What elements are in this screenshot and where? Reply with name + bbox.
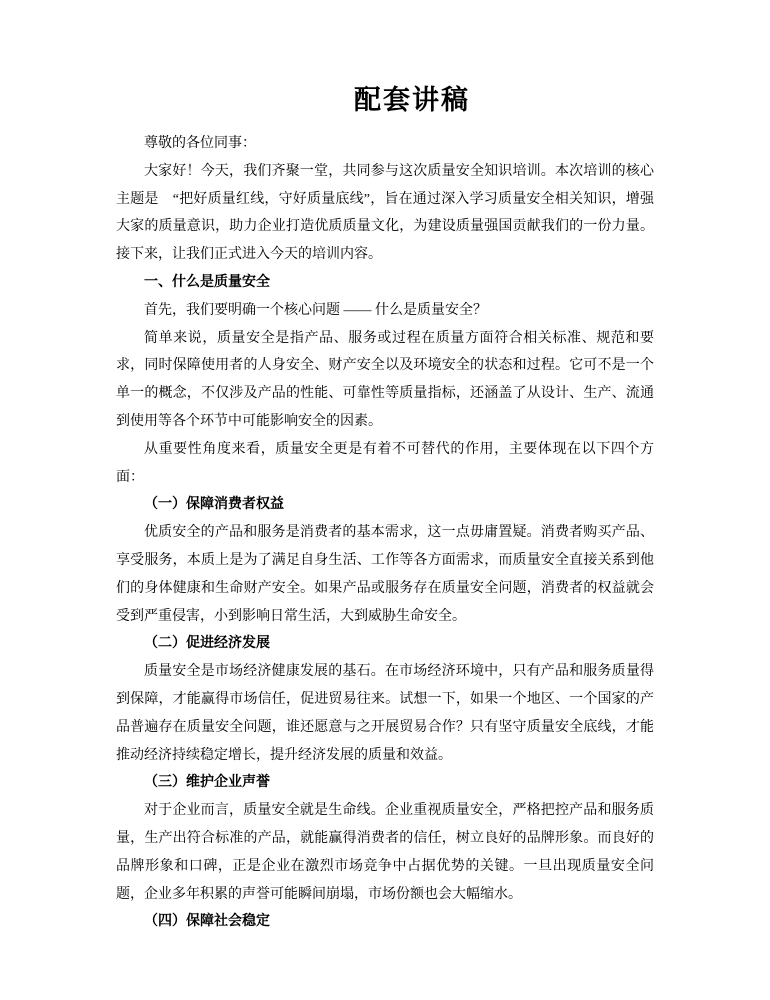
section-heading: 一、什么是质量安全 — [116, 269, 654, 297]
document-page: 配套讲稿 尊敬的各位同事：大家好！今天，我们齐聚一堂，共同参与这次质量安全知识培… — [0, 0, 770, 1000]
document-body: 尊敬的各位同事：大家好！今天，我们齐聚一堂，共同参与这次质量安全知识培训。本次培… — [116, 130, 654, 936]
body-paragraph: 尊敬的各位同事： — [116, 130, 654, 158]
section-heading: （二）促进经济发展 — [116, 630, 654, 658]
section-heading: （一）保障消费者权益 — [116, 491, 654, 519]
document-title: 配套讲稿 — [116, 82, 654, 118]
body-paragraph: 对于企业而言，质量安全就是生命线。企业重视质量安全，严格把控产品和服务质量，生产… — [116, 797, 654, 908]
body-paragraph: 首先，我们要明确一个核心问题 —— 什么是质量安全？ — [116, 297, 654, 325]
body-paragraph: 质量安全是市场经济健康发展的基石。在市场经济环境中，只有产品和服务质量得到保障，… — [116, 658, 654, 769]
body-paragraph: 大家好！今天，我们齐聚一堂，共同参与这次质量安全知识培训。本次培训的核心主题是 … — [116, 158, 654, 269]
body-paragraph: 优质安全的产品和服务是消费者的基本需求，这一点毋庸置疑。消费者购买产品、享受服务… — [116, 519, 654, 630]
section-heading: （四）保障社会稳定 — [116, 908, 654, 936]
body-paragraph: 从重要性角度来看，质量安全更是有着不可替代的作用，主要体现在以下四个方面： — [116, 436, 654, 492]
section-heading: （三）维护企业声誉 — [116, 769, 654, 797]
body-paragraph: 简单来说，质量安全是指产品、服务或过程在质量方面符合相关标准、规范和要求，同时保… — [116, 325, 654, 436]
